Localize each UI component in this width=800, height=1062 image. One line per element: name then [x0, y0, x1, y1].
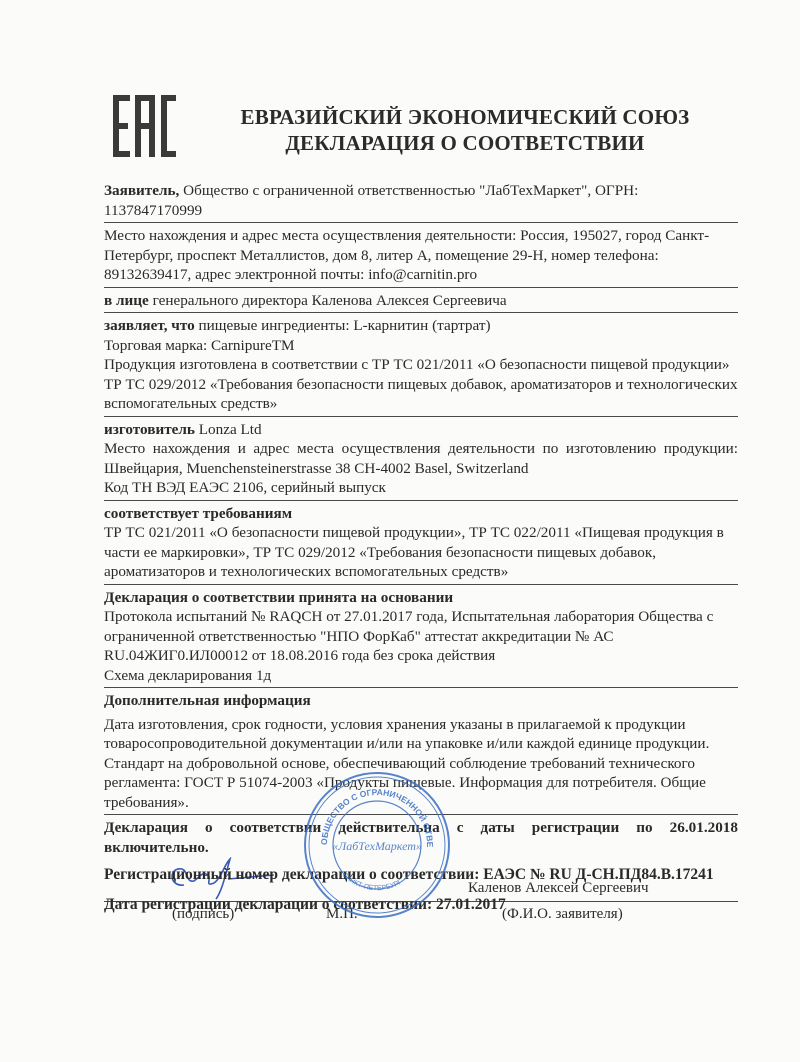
conforms-section: соответствует требованиям ТР ТС 021/2011… [104, 504, 738, 585]
union-title: ЕВРАЗИЙСКИЙ ЭКОНОМИЧЕСКИЙ СОЮЗ [230, 104, 700, 130]
svg-text:САНКТ-ПЕТЕРБУРГ: САНКТ-ПЕТЕРБУРГ [341, 871, 404, 892]
manufacturer-name: Lonza Ltd [195, 421, 262, 438]
basis-section: Декларация о соответствии принята на осн… [104, 588, 738, 689]
additional-label: Дополнительная информация [104, 691, 738, 711]
applicant-label: Заявитель, [104, 182, 179, 199]
declares-text: пищевые ингредиенты: L-карнитин (тартрат… [195, 317, 491, 334]
represented-text: генерального директора Каленова Алексея … [149, 292, 507, 309]
declaration-page: ЕВРАЗИЙСКИЙ ЭКОНОМИЧЕСКИЙ СОЮЗ ДЕКЛАРАЦИ… [0, 0, 800, 1062]
manufacturer-address-line2: Швейцария, Muenchensteinerstrasse 38 CH-… [104, 459, 738, 479]
represented-label: в лице [104, 292, 149, 309]
trademark: Торговая марка: CarnipureTM [104, 336, 738, 356]
stamp-bottom-text: САНКТ-ПЕТЕРБУРГ [341, 871, 404, 892]
svg-text:ОБЩЕСТВО С ОГРАНИЧЕННОЙ ОТВЕТС: ОБЩЕСТВО С ОГРАНИЧЕННОЙ ОТВЕТСТВЕННОСТЬЮ [302, 770, 435, 848]
stamp-outer-text: ОБЩЕСТВО С ОГРАНИЧЕННОЙ ОТВЕТСТВЕННОСТЬЮ [302, 770, 435, 848]
basis-label: Декларация о соответствии принята на осн… [104, 588, 738, 608]
declares-label: заявляет, что [104, 317, 195, 334]
produced-text: Продукция изготовлена в соответствии с Т… [104, 355, 738, 414]
product-code: Код ТН ВЭД ЕАЭС 2106, серийный выпуск [104, 478, 738, 498]
applicant-text: Общество с ограниченной ответственностью… [104, 182, 638, 219]
applicant-section: Заявитель, Общество с ограниченной ответ… [104, 181, 738, 223]
manufacturer-section: изготовитель Lonza Ltd Место нахождения … [104, 420, 738, 501]
address-section: Место нахождения и адрес места осуществл… [104, 226, 738, 288]
document-header: ЕВРАЗИЙСКИЙ ЭКОНОМИЧЕСКИЙ СОЮЗ ДЕКЛАРАЦИ… [230, 104, 700, 156]
manufacturer-label: изготовитель [104, 421, 195, 438]
stamp-center-text: «ЛабТехМаркет» [332, 839, 422, 853]
conforms-text: ТР ТС 021/2011 «О безопасности пищевой п… [104, 523, 738, 582]
manufacturer-address-line1: Место нахождения и адрес места осуществл… [104, 439, 738, 459]
address-text: Место нахождения и адрес места осуществл… [104, 227, 709, 283]
basis-text: Протокола испытаний № RAQCH от 27.01.201… [104, 607, 738, 666]
company-stamp-icon: ОБЩЕСТВО С ОГРАНИЧЕННОЙ ОТВЕТСТВЕННОСТЬЮ… [302, 770, 452, 920]
conforms-label: соответствует требованиям [104, 504, 738, 524]
document-title: ДЕКЛАРАЦИЯ О СООТВЕТСТВИИ [230, 130, 700, 156]
eac-logo-icon [113, 95, 176, 157]
signer-label: (Ф.И.О. заявителя) [502, 905, 623, 925]
represented-section: в лице генерального директора Каленова А… [104, 291, 738, 314]
basis-scheme: Схема декларирования 1д [104, 666, 738, 686]
declares-section: заявляет, что пищевые ингредиенты: L-кар… [104, 316, 738, 417]
